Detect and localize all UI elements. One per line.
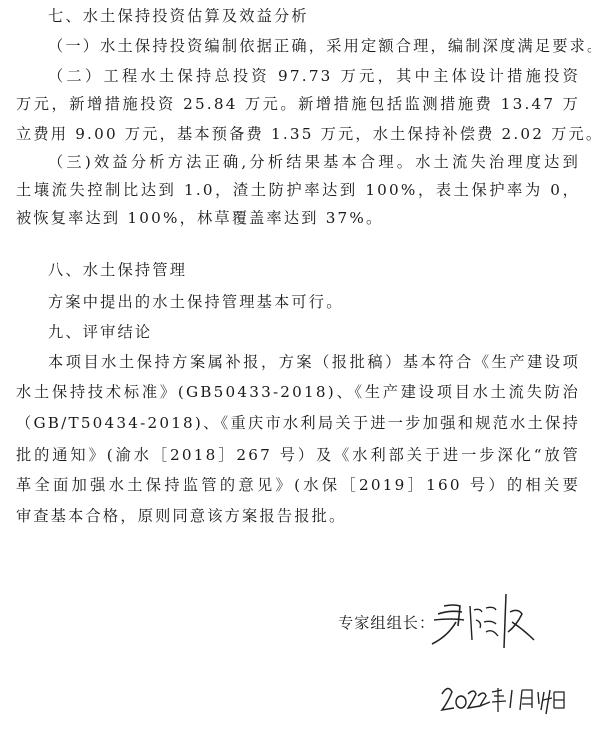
text-line: 被恢复率达到 100%，林草覆盖率达到 37%。: [16, 208, 580, 228]
text-line: 革全面加强水土保持监管的意见》(水保［2019］160 号）的相关要求，技术: [16, 475, 580, 495]
text-line: 方案中提出的水土保持管理基本可行。: [48, 292, 580, 312]
text-line: （一）水土保持投资编制依据正确，采用定额合理，编制深度满足要求。: [48, 36, 580, 56]
text-line: 七、水土保持投资估算及效益分析: [48, 6, 580, 26]
text-line: 万元，新增措施投资 25.84 万元。新增措施包括监测措施费 13.47 万元，…: [16, 94, 580, 114]
text-line: 本项目水土保持方案属补报，方案（报批稿）基本符合《生产建设项目: [48, 352, 580, 372]
text-line: 审查基本合格，原则同意该方案报告报批。: [16, 506, 580, 526]
text-line: （三)效益分析方法正确,分析结果基本合理。水土流失治理度达到 100%,: [48, 152, 580, 172]
text-line: 八、水土保持管理: [48, 260, 580, 280]
text-line: 立费用 9.00 万元，基本预备费 1.35 万元，水土保持补偿费 2.02 万…: [16, 124, 580, 144]
handwritten-signature: [430, 592, 538, 650]
handwritten-date: 2022年1月14日: [440, 680, 570, 716]
expert-group-leader-label: 专家组组长：: [338, 612, 435, 633]
text-line: 九、评审结论: [48, 322, 580, 342]
text-line: （二）工程水土保持总投资 97.73 万元，其中主体设计措施投资 71.89: [48, 66, 580, 86]
text-line: （GB/T50434-2018)、《重庆市水利局关于进一步加强和规范水土保持方案…: [16, 413, 580, 433]
text-line: 水土保持技术标准》(GB50433-2018)、《生产建设项目水土流失防治标准》: [16, 382, 580, 402]
text-line: 批的通知》(渝水［2018］267 号）及《水利部关于进一步深化“放管服”改: [16, 445, 580, 465]
text-line: 土壤流失控制比达到 1.0，渣土防护率达到 100%，表土保护率为 0，林草植: [16, 180, 580, 200]
